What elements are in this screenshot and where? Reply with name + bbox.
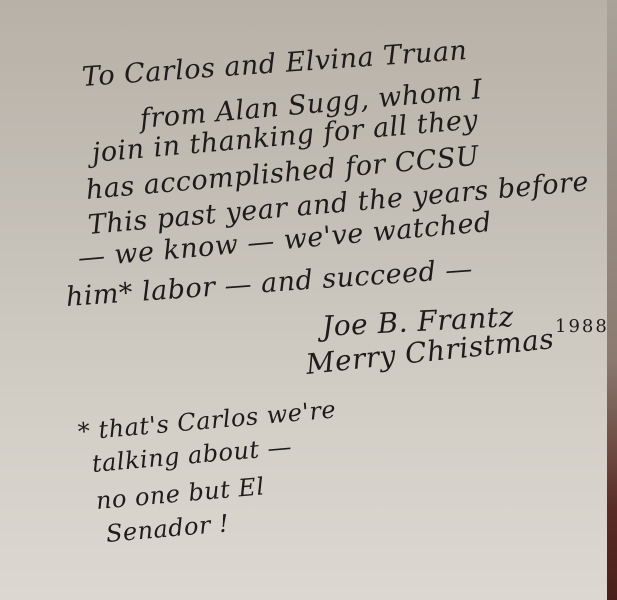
year: 1988: [555, 316, 609, 337]
postscript-line-3: no one but El: [95, 472, 266, 515]
postscript-line-4: Senador !: [105, 509, 230, 548]
postscript-line-1: * that's Carlos we're: [77, 395, 337, 445]
handwritten-note-paper: To Carlos and Elvina Truan from Alan Sug…: [0, 0, 607, 600]
frame-edge: [607, 0, 617, 600]
